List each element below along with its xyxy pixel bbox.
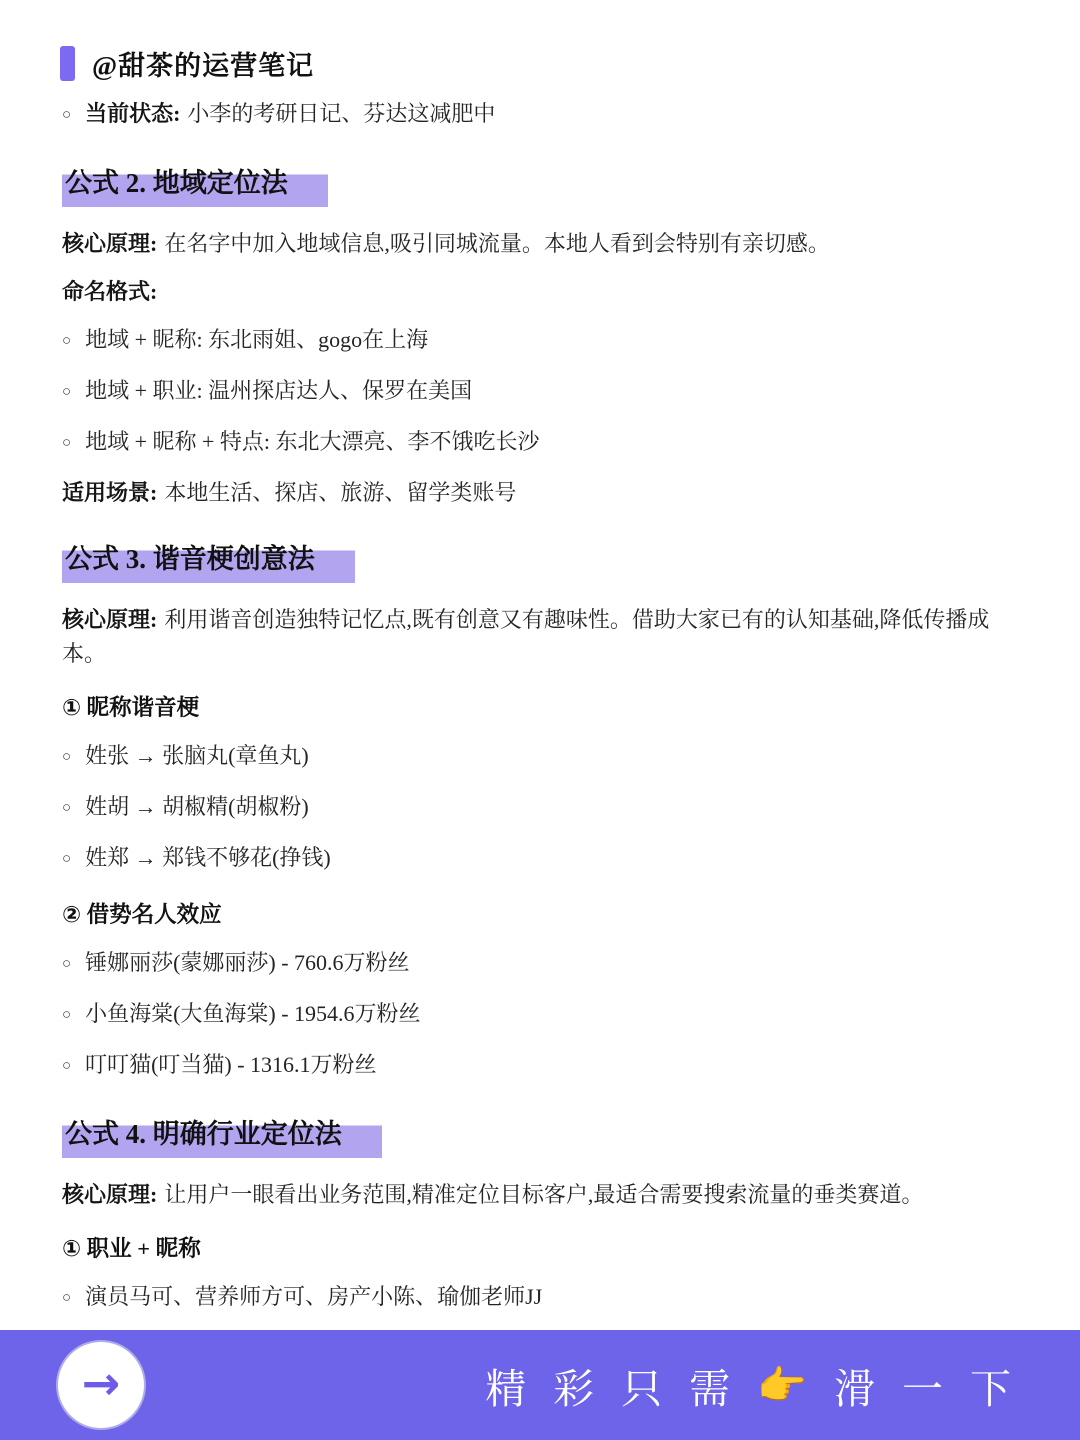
- page-header: @甜茶的运营笔记: [0, 0, 1080, 83]
- next-page-button[interactable]: →: [56, 1340, 146, 1430]
- list-item: ○地域 + 昵称: 东北雨姐、gogo在上海: [62, 323, 1018, 360]
- list-item: ○姓胡 → 胡椒精(胡椒粉): [62, 790, 1018, 827]
- list-item-text: 地域 + 昵称: 东北雨姐、gogo在上海: [85, 327, 428, 352]
- sub-heading-nickname-pun: ① 昵称谐音梗: [62, 691, 1018, 725]
- bullet-icon: ○: [62, 426, 71, 460]
- point-right-icon: 👉: [757, 1362, 807, 1409]
- principle-label: 核心原理:: [62, 1182, 157, 1207]
- scene-label: 适用场景:: [62, 480, 157, 505]
- slogan-right: 滑一下: [834, 1356, 1038, 1415]
- slogan-left: 精彩只需: [485, 1356, 757, 1415]
- list-item: ○地域 + 职业: 温州探店达人、保罗在美国: [62, 374, 1018, 411]
- section-heading-formula-3: 公式 3. 谐音梗创意法: [62, 540, 1018, 583]
- bullet-icon: ○: [62, 324, 71, 358]
- heading-highlight: 公式 3. 谐音梗创意法: [62, 540, 355, 583]
- list-item: ○姓张 → 张脑丸(章鱼丸): [62, 739, 1018, 776]
- bullet-icon: ○: [62, 998, 71, 1032]
- bullet-icon: ○: [62, 947, 71, 981]
- principle-line: 核心原理:在名字中加入地域信息,吸引同城流量。本地人看到会特别有亲切感。: [62, 227, 1018, 261]
- list-item: ○锤娜丽莎(蒙娜丽莎) - 760.6万粉丝: [62, 946, 1018, 983]
- scene-text: 本地生活、探店、旅游、留学类账号: [164, 480, 516, 505]
- sub-heading-occupation-nickname: ① 职业 + 昵称: [62, 1232, 1018, 1266]
- list-item-text: 演员马可、营养师方可、房产小陈、瑜伽老师JJ: [85, 1284, 542, 1309]
- list-item-text: 小鱼海棠(大鱼海棠) - 1954.6万粉丝: [85, 1001, 420, 1026]
- list-item-text: 地域 + 昵称 + 特点: 东北大漂亮、李不饿吃长沙: [85, 429, 539, 454]
- bullet-icon: ○: [62, 842, 71, 876]
- list-item-text: 姓张 → 张脑丸(章鱼丸): [85, 743, 309, 768]
- principle-label: 核心原理:: [62, 607, 157, 632]
- list-item-text: 姓胡 → 胡椒精(胡椒粉): [85, 794, 309, 819]
- principle-text: 让用户一眼看出业务范围,精准定位目标客户,最适合需要搜索流量的垂类赛道。: [164, 1182, 923, 1207]
- list-item-text: 地域 + 职业: 温州探店达人、保罗在美国: [85, 378, 472, 403]
- bullet-icon: ○: [62, 375, 71, 409]
- list-item: ○演员马可、营养师方可、房产小陈、瑜伽老师JJ: [62, 1280, 1018, 1317]
- section-heading-formula-4: 公式 4. 明确行业定位法: [62, 1115, 1018, 1158]
- footer-bar: → 精彩只需 👉 滑一下: [0, 1330, 1080, 1440]
- bullet-icon: ○: [62, 1049, 71, 1083]
- author-handle: @甜茶的运营笔记: [92, 44, 314, 83]
- principle-text: 在名字中加入地域信息,吸引同城流量。本地人看到会特别有亲切感。: [164, 231, 830, 256]
- principle-line: 核心原理:利用谐音创造独特记忆点,既有创意又有趣味性。借助大家已有的认知基础,降…: [62, 603, 1018, 671]
- list-item: ○叮叮猫(叮当猫) - 1316.1万粉丝: [62, 1048, 1018, 1085]
- accent-marker-bar: [60, 46, 75, 81]
- list-item-text: 叮叮猫(叮当猫) - 1316.1万粉丝: [85, 1052, 376, 1077]
- scene-line: 适用场景:本地生活、探店、旅游、留学类账号: [62, 476, 1018, 510]
- list-item: ○地域 + 昵称 + 特点: 东北大漂亮、李不饿吃长沙: [62, 425, 1018, 462]
- list-item-text: 姓郑 → 郑钱不够花(挣钱): [85, 845, 331, 870]
- format-label-line: 命名格式:: [62, 275, 1018, 309]
- note-page: @甜茶的运营笔记 ○当前状态:小李的考研日记、芬达这减肥中 公式 2. 地域定位…: [0, 0, 1080, 1440]
- bullet-icon: ○: [62, 740, 71, 774]
- principle-text: 利用谐音创造独特记忆点,既有创意又有趣味性。借助大家已有的认知基础,降低传播成本…: [62, 607, 989, 666]
- sub-heading-celebrity-effect: ② 借势名人效应: [62, 898, 1018, 932]
- status-label: 当前状态:: [85, 101, 180, 126]
- status-line: ○当前状态:小李的考研日记、芬达这减肥中: [62, 97, 1018, 134]
- list-item: ○姓郑 → 郑钱不够花(挣钱): [62, 841, 1018, 878]
- bullet-icon: ○: [62, 1281, 71, 1315]
- format-label: 命名格式:: [62, 279, 157, 304]
- heading-highlight: 公式 4. 明确行业定位法: [62, 1115, 382, 1158]
- list-item-text: 锤娜丽莎(蒙娜丽莎) - 760.6万粉丝: [85, 950, 409, 975]
- arrow-right-icon: →: [82, 1360, 121, 1406]
- footer-slogan: 精彩只需 👉 滑一下: [485, 1356, 1038, 1415]
- principle-label: 核心原理:: [62, 231, 157, 256]
- list-item: ○小鱼海棠(大鱼海棠) - 1954.6万粉丝: [62, 997, 1018, 1034]
- principle-line: 核心原理:让用户一眼看出业务范围,精准定位目标客户,最适合需要搜索流量的垂类赛道…: [62, 1178, 1018, 1212]
- status-value: 小李的考研日记、芬达这减肥中: [187, 101, 495, 126]
- bullet-icon: ○: [62, 98, 71, 132]
- note-content: ○当前状态:小李的考研日记、芬达这减肥中 公式 2. 地域定位法 核心原理:在名…: [0, 97, 1080, 1317]
- bullet-icon: ○: [62, 791, 71, 825]
- section-heading-formula-2: 公式 2. 地域定位法: [62, 164, 1018, 207]
- heading-highlight: 公式 2. 地域定位法: [62, 164, 328, 207]
